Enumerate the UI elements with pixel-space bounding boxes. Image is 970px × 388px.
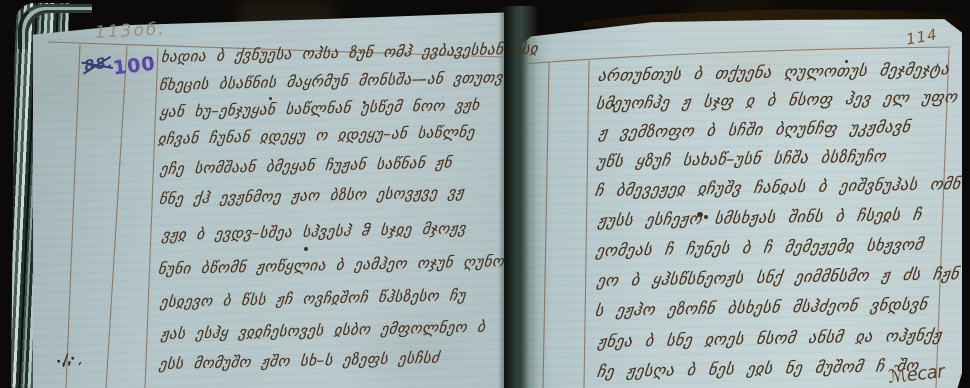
ink-speck bbox=[150, 57, 152, 59]
ink-speck bbox=[304, 247, 308, 251]
ink-speck bbox=[704, 215, 708, 219]
ink-speck bbox=[845, 60, 848, 63]
ink-speck bbox=[697, 212, 703, 217]
folio-label-verso: 113об. bbox=[95, 19, 167, 43]
manuscript-photo: 113об. 114 88. 100 ხადია ბ ქვნუესა ოჰსა … bbox=[0, 0, 970, 388]
ink-speck bbox=[363, 101, 366, 104]
ink-speck bbox=[612, 104, 615, 107]
ink-speck bbox=[269, 97, 272, 100]
